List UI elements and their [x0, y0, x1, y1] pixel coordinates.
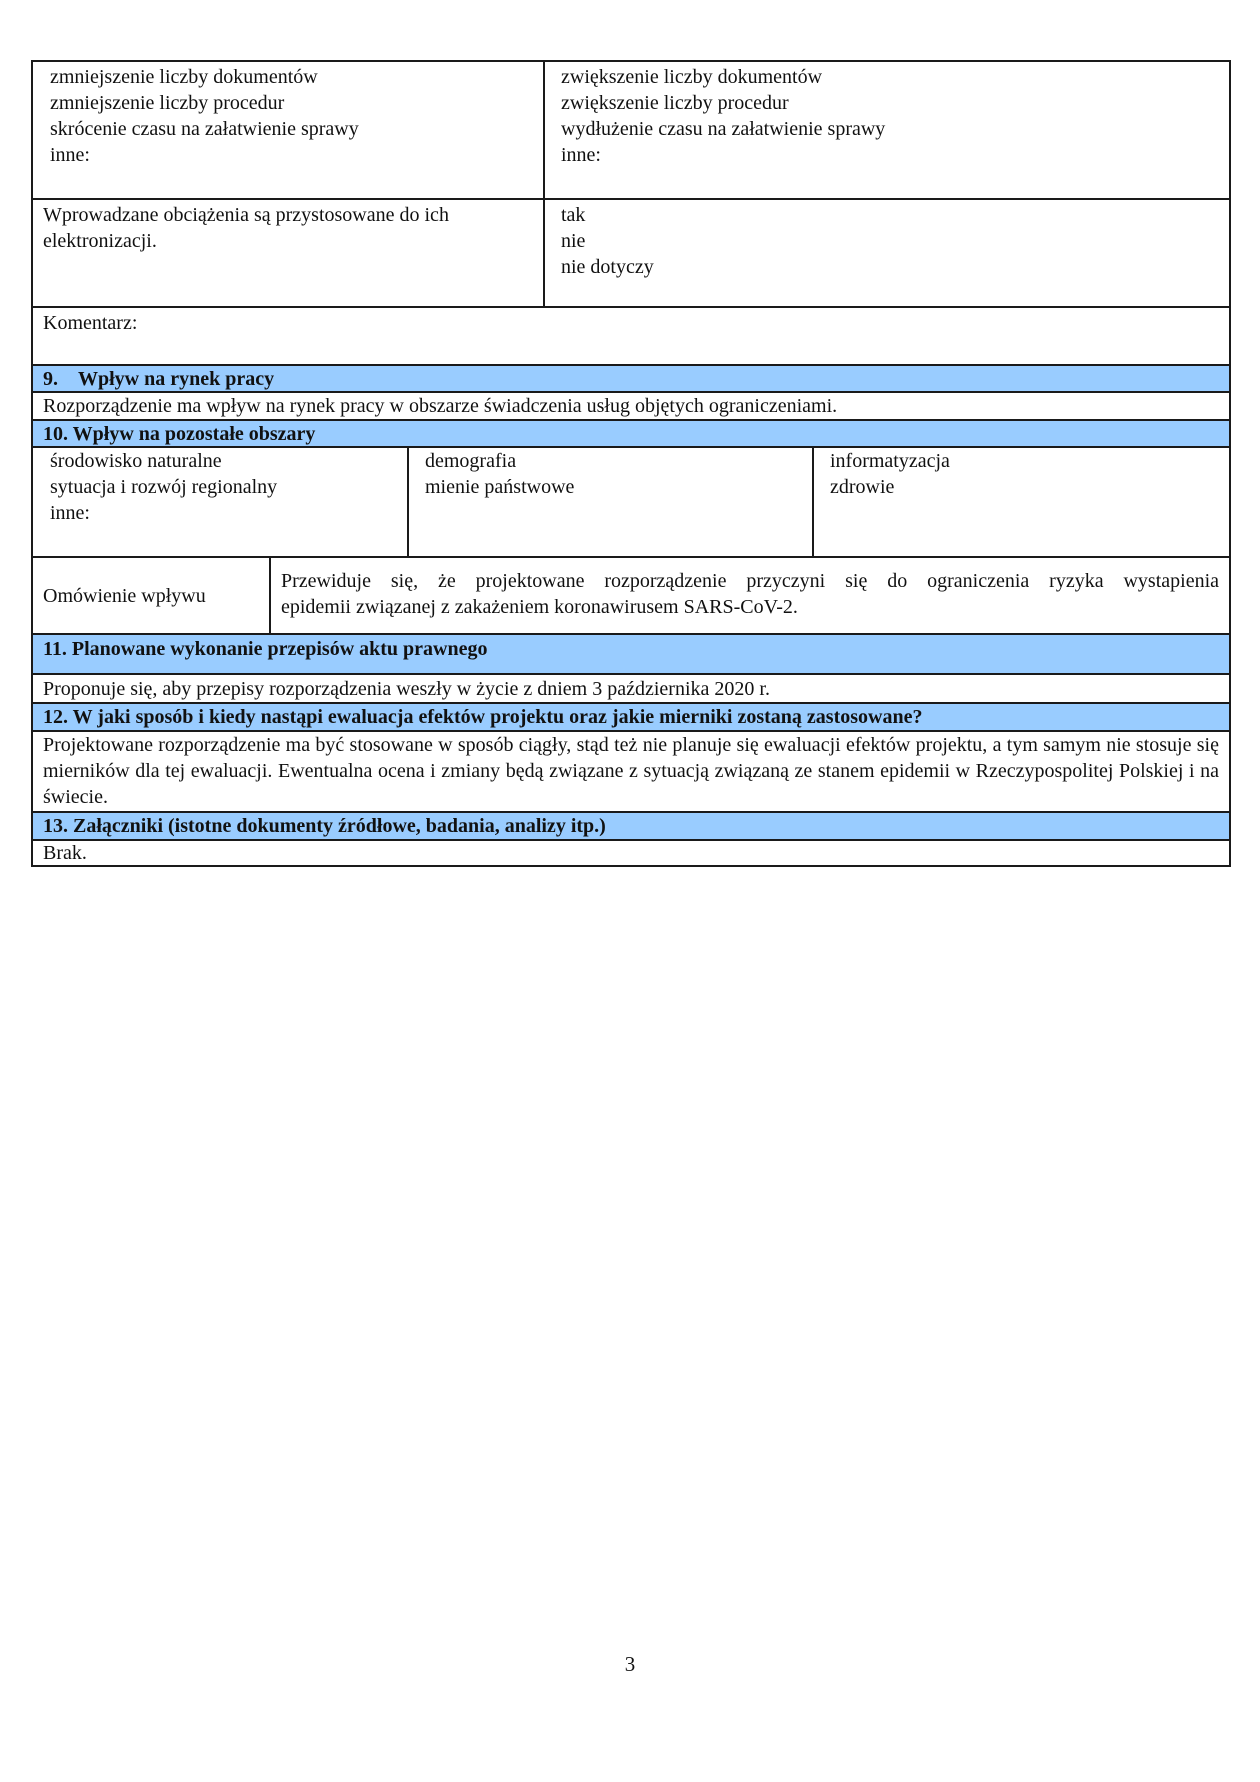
section-9-title: Wpływ na rynek pracy — [78, 368, 274, 390]
area-other: inne: — [50, 500, 397, 526]
option-increase-procedures: zwiększenie liczby procedur — [561, 90, 1219, 116]
other-areas-col-3: informatyzacja zdrowie — [812, 448, 1229, 556]
section-11-body: Proponuje się, aby przepisy rozporządzen… — [33, 675, 1229, 702]
section-11-header: 11. Planowane wykonanie przepisów aktu p… — [33, 633, 1229, 673]
area-computerization: informatyzacja — [830, 448, 1219, 474]
comment-row: Komentarz: — [33, 306, 1229, 364]
section-12-title: 12. W jaki sposób i kiedy nastąpi ewalua… — [33, 704, 1229, 730]
section-9-body-row: Rozporządzenie ma wpływ na rynek pracy w… — [33, 391, 1229, 419]
burden-change-row: zmniejszenie liczby dokumentów zmniejsze… — [33, 62, 1229, 198]
section-9-body: Rozporządzenie ma wpływ na rynek pracy w… — [33, 393, 1229, 419]
section-9-number: 9. — [43, 368, 58, 390]
option-reduce-documents: zmniejszenie liczby dokumentów — [50, 64, 533, 90]
impact-discussion-row: Omówienie wpływu Przewiduje się, że proj… — [33, 556, 1229, 633]
section-13-header: 13. Załączniki (istotne dokumenty źródło… — [33, 811, 1229, 839]
option-not-applicable: nie dotyczy — [561, 254, 1219, 280]
area-regional-development: sytuacja i rozwój regionalny — [50, 474, 397, 500]
option-extend-time: wydłużenie czasu na załatwienie sprawy — [561, 116, 1219, 142]
section-10-header: 10. Wpływ na pozostałe obszary — [33, 419, 1229, 446]
electronization-question: Wprowadzane obciążenia są przystosowane … — [33, 200, 543, 306]
section-13-title: 13. Załączniki (istotne dokumenty źródło… — [33, 813, 1229, 839]
area-demography: demografia — [425, 448, 802, 474]
reduce-options-cell: zmniejszenie liczby dokumentów zmniejsze… — [33, 62, 543, 198]
section-13-body-row: Brak. — [33, 839, 1229, 865]
section-12-body-row: Projektowane rozporządzenie ma być stoso… — [33, 730, 1229, 811]
impact-assessment-table: zmniejszenie liczby dokumentów zmniejsze… — [31, 60, 1231, 867]
electronization-row: Wprowadzane obciążenia są przystosowane … — [33, 198, 1229, 306]
option-shorten-time: skrócenie czasu na załatwienie sprawy — [50, 116, 533, 142]
comment-label: Komentarz: — [33, 308, 1229, 364]
section-12-header: 12. W jaki sposób i kiedy nastąpi ewalua… — [33, 702, 1229, 730]
section-11-body-row: Proponuje się, aby przepisy rozporządzen… — [33, 673, 1229, 702]
area-health: zdrowie — [830, 474, 1219, 500]
area-environment: środowisko naturalne — [50, 448, 397, 474]
area-state-property: mienie państwowe — [425, 474, 802, 500]
section-10-title: 10. Wpływ na pozostałe obszary — [33, 421, 1229, 446]
increase-options-cell: zwiększenie liczby dokumentów zwiększeni… — [543, 62, 1229, 198]
section-13-body: Brak. — [33, 841, 1229, 865]
section-9-header: 9.Wpływ na rynek pracy — [33, 364, 1229, 391]
option-reduce-procedures: zmniejszenie liczby procedur — [50, 90, 533, 116]
other-areas-row: środowisko naturalne sytuacja i rozwój r… — [33, 446, 1229, 556]
other-areas-col-2: demografia mienie państwowe — [407, 448, 812, 556]
option-no: nie — [561, 228, 1219, 254]
option-yes: tak — [561, 202, 1219, 228]
electronization-options-cell: tak nie nie dotyczy — [543, 200, 1229, 306]
section-11-title: 11. Planowane wykonanie przepisów aktu p… — [33, 635, 1229, 673]
page-number: 3 — [0, 1652, 1260, 1677]
other-areas-col-1: środowisko naturalne sytuacja i rozwój r… — [33, 448, 407, 556]
impact-discussion-label: Omówienie wpływu — [33, 558, 269, 633]
impact-discussion-text: Przewiduje się, że projektowane rozporzą… — [269, 558, 1229, 633]
option-other: inne: — [50, 142, 533, 168]
option-increase-documents: zwiększenie liczby dokumentów — [561, 64, 1219, 90]
section-12-body: Projektowane rozporządzenie ma być stoso… — [33, 732, 1229, 811]
option-other: inne: — [561, 142, 1219, 168]
